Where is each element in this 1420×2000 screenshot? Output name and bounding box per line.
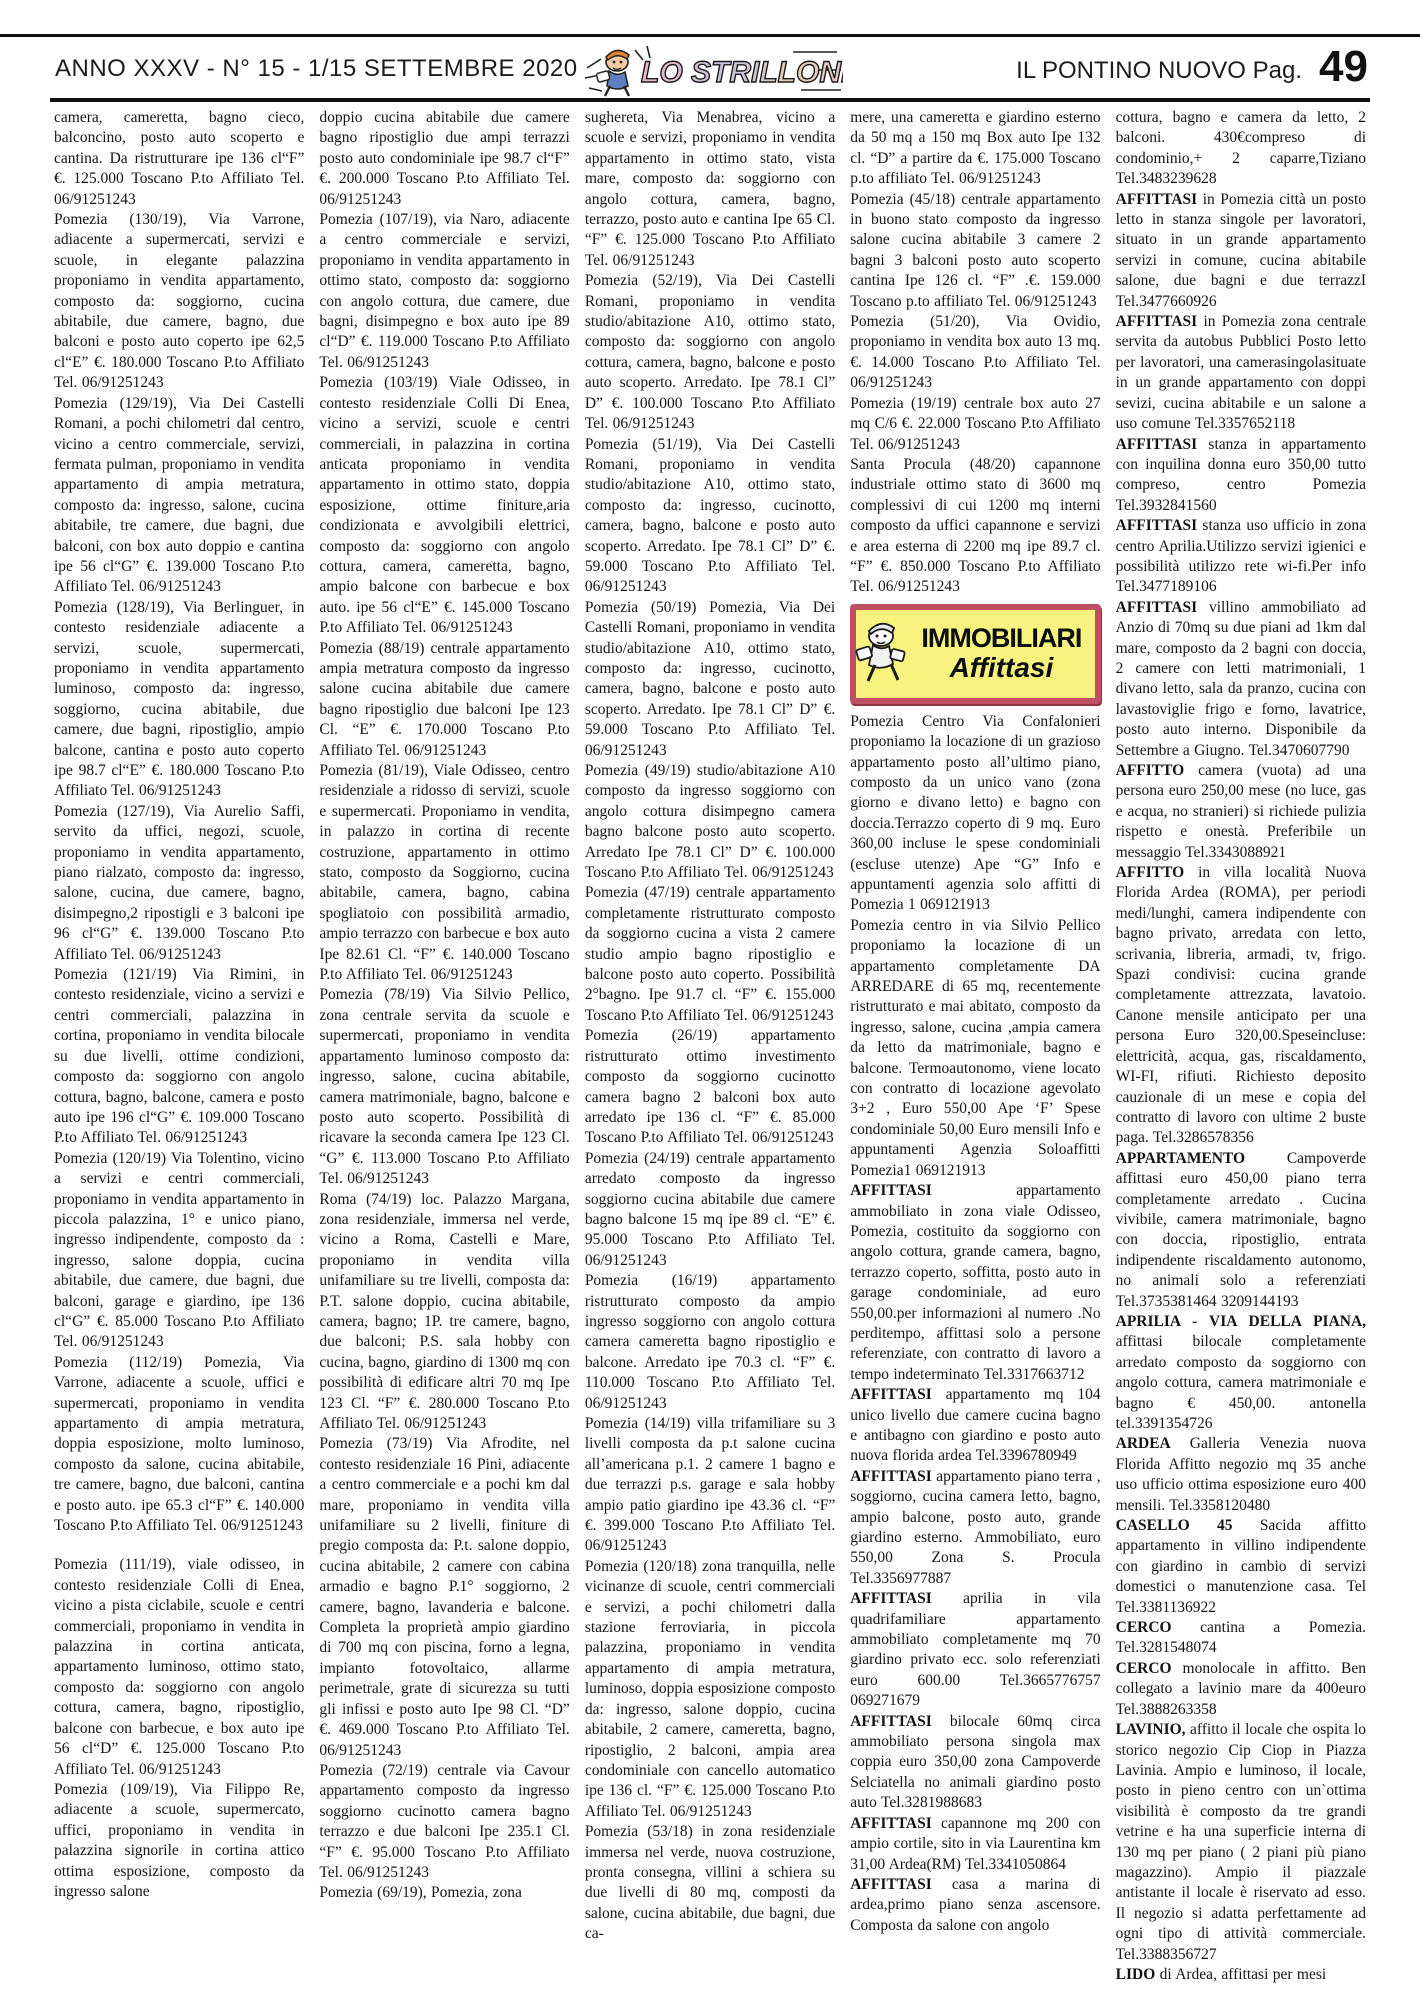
logo-text: LO STRILLONE: [641, 56, 843, 89]
classified-ad: AFFITTASI aprilia in vila quadrifamiliar…: [850, 1589, 1100, 1711]
classified-ad: AFFITTASI casa a marina di ardea,primo p…: [850, 1875, 1100, 1936]
classified-ad: Pomezia (47/19) centrale appartamento co…: [585, 883, 835, 1026]
classified-ad: Pomezia (73/19) Via Afrodite, nel contes…: [319, 1434, 569, 1761]
classified-ad: Pomezia (19/19) centrale box auto 27 mq …: [850, 394, 1100, 455]
page-number: 49: [1319, 42, 1368, 92]
classified-ad: Pomezia (53/18) in zona residenziale imm…: [585, 1822, 835, 1944]
classified-ad: mere, una cameretta e giardino esterno d…: [850, 108, 1100, 190]
classified-ad: Pomezia (130/19), Via Varrone, adiacente…: [54, 210, 304, 394]
affittasi-subtitle: Affittasi: [912, 653, 1090, 684]
column-3: sughereta, Via Menabrea, vicino a scuole…: [585, 108, 835, 1988]
classified-ad: Pomezia (120/18) zona tranquilla, nelle …: [585, 1557, 835, 1822]
classified-ad: Pomezia (81/19), Viale Odisseo, centro r…: [319, 761, 569, 985]
classified-ad: LIDO di Ardea, affittasi per mesi: [1116, 1965, 1366, 1985]
classified-ad: Pomezia (50/19) Pomezia, Via Dei Castell…: [585, 598, 835, 761]
classified-ad: Pomezia (107/19), via Naro, adiacente a …: [319, 210, 569, 373]
classified-ad: AFFITTASI appartamento ammobiliato in zo…: [850, 1181, 1100, 1385]
lo-strillone-logo: LO STRILLONE: [583, 38, 843, 100]
classified-ad: sughereta, Via Menabrea, vicino a scuole…: [585, 108, 835, 271]
classified-ad: Santa Procula (48/20) capannone industri…: [850, 455, 1100, 598]
classified-ad: AFFITTASI in Pomezia città un posto lett…: [1116, 190, 1366, 312]
classified-ad: AFFITTO camera (vuota) ad una persona eu…: [1116, 761, 1366, 863]
classified-ad: AFFITTO in villa località Nuova Florida …: [1116, 863, 1366, 1149]
classified-ad: ARDEA Galleria Venezia nuova Florida Aff…: [1116, 1434, 1366, 1516]
column-4: mere, una cameretta e giardino esterno d…: [850, 108, 1100, 1988]
immobiliari-title: IMMOBILIARI: [912, 624, 1090, 652]
classified-ad: Pomezia (72/19) centrale via Cavour appa…: [319, 1761, 569, 1883]
classified-ad: AFFITTASI stanza in appartamento con inq…: [1116, 435, 1366, 517]
classified-ad: Pomezia (49/19) studio/abitazione A10 co…: [585, 761, 835, 883]
classified-ad: cottura, bagno e camera da letto, 2 balc…: [1116, 108, 1366, 190]
immobiliari-affittasi-banner: IMMOBILIARI Affittasi: [850, 604, 1100, 704]
column-5: cottura, bagno e camera da letto, 2 balc…: [1116, 108, 1366, 1988]
classified-ad: AFFITTASI bilocale 60mq circa ammobiliat…: [850, 1712, 1100, 1814]
classified-ad: AFFITTASI villino ammobiliato ad Anzio d…: [1116, 598, 1366, 761]
classifieds-area: camera, cameretta, bagno cieco, balconci…: [54, 108, 1366, 1988]
newsboy-icon: [596, 50, 629, 96]
classified-ad: Pomezia (16/19) appartamento ristruttura…: [585, 1271, 835, 1414]
classified-ad: APPARTAMENTO Campoverde affittasi euro 4…: [1116, 1149, 1366, 1312]
classified-ad: LAVINIO, affitto il locale che ospita lo…: [1116, 1720, 1366, 1965]
classified-ad: Pomezia (128/19), Via Berlinguer, in con…: [54, 598, 304, 802]
classified-ad: APRILIA - VIA DELLA PIANA, affittasi bil…: [1116, 1312, 1366, 1434]
classified-ad: Pomezia (121/19) Via Rimini, in contesto…: [54, 965, 304, 1149]
classified-ad: AFFITTASI in Pomezia zona centrale servi…: [1116, 312, 1366, 434]
classified-ad: Pomezia (69/19), Pomezia, zona: [319, 1883, 569, 1903]
classified-ad: Pomezia (120/19) Via Tolentino, vicino a…: [54, 1149, 304, 1353]
classified-ad: AFFITTASI stanza uso ufficio in zona cen…: [1116, 516, 1366, 598]
classified-ad: Pomezia (26/19) appartamento ristruttura…: [585, 1026, 835, 1148]
classified-ad: Pomezia (78/19) Via Silvio Pellico, zona…: [319, 985, 569, 1189]
masthead-rule: [50, 98, 1370, 102]
classified-ad: Pomezia (109/19), Via Filippo Re, adiace…: [54, 1780, 304, 1902]
classified-ad: Pomezia (129/19), Via Dei Castelli Roman…: [54, 394, 304, 598]
classified-ad: Pomezia (88/19) centrale appartamento am…: [319, 639, 569, 761]
classified-ad: CERCO monolocale in affitto. Ben collega…: [1116, 1659, 1366, 1720]
classified-ad: Pomezia (14/19) villa trifamiliare su 3 …: [585, 1414, 835, 1557]
immobiliari-banner-text: IMMOBILIARI Affittasi: [912, 624, 1094, 683]
classified-ad: Pomezia (103/19) Viale Odisseo, in conte…: [319, 373, 569, 638]
classified-ad: CERCO cantina a Pomezia. Tel.3281548074: [1116, 1618, 1366, 1659]
classified-ad: AFFITTASI capannone mq 200 con ampio cor…: [850, 1814, 1100, 1875]
classified-ad: AFFITTASI appartamento piano terra , sog…: [850, 1467, 1100, 1589]
classified-ad: Pomezia centro in via Silvio Pellico pro…: [850, 916, 1100, 1181]
page-top-rule: [0, 34, 1420, 37]
column-2: doppio cucina abitabile due camere bagno…: [319, 108, 569, 1988]
classified-ad: Pomezia (52/19), Via Dei Castelli Romani…: [585, 271, 835, 434]
classified-ad: Pomezia (111/19), viale odisseo, in cont…: [54, 1555, 304, 1779]
column-1: camera, cameretta, bagno cieco, balconci…: [54, 108, 304, 1988]
classified-ad: Pomezia (127/19), Via Aurelio Saffi, ser…: [54, 802, 304, 965]
classified-ad: Pomezia (51/19), Via Dei Castelli Romani…: [585, 435, 835, 598]
classified-ad: Pomezia (112/19) Pomezia, Via Varrone, a…: [54, 1353, 304, 1537]
column-4-rental-ads: Pomezia Centro Via Confalonieri proponia…: [850, 712, 1100, 1936]
classified-ad: CASELLO 45 Sacida affitto appartamento i…: [1116, 1516, 1366, 1618]
paragraph-spacer: [54, 1536, 304, 1555]
column-4-sales-ads: mere, una cameretta e giardino esterno d…: [850, 108, 1100, 598]
paper-name: IL PONTINO NUOVO Pag.: [1016, 57, 1302, 85]
classified-ad: Pomezia Centro Via Confalonieri proponia…: [850, 712, 1100, 916]
lo-strillone-logo-art: LO STRILLONE: [583, 38, 843, 100]
classified-ad: AFFITTASI appartamento mq 104 unico live…: [850, 1385, 1100, 1467]
classified-ad: camera, cameretta, bagno cieco, balconci…: [54, 108, 304, 210]
newsboy-sketch-icon: [850, 614, 912, 694]
classified-ad: Roma (74/19) loc. Palazzo Margana, zona …: [319, 1190, 569, 1435]
classified-ad: doppio cucina abitabile due camere bagno…: [319, 108, 569, 210]
classified-ad: Pomezia (24/19) centrale appartamento ar…: [585, 1149, 835, 1271]
classified-ad: Pomezia (51/20), Via Ovidio, proponiamo …: [850, 312, 1100, 394]
classified-ad: Pomezia (45/18) centrale appartamento in…: [850, 190, 1100, 312]
issue-date-line: ANNO XXXV - N° 15 - 1/15 SETTEMBRE 2020: [55, 55, 578, 83]
